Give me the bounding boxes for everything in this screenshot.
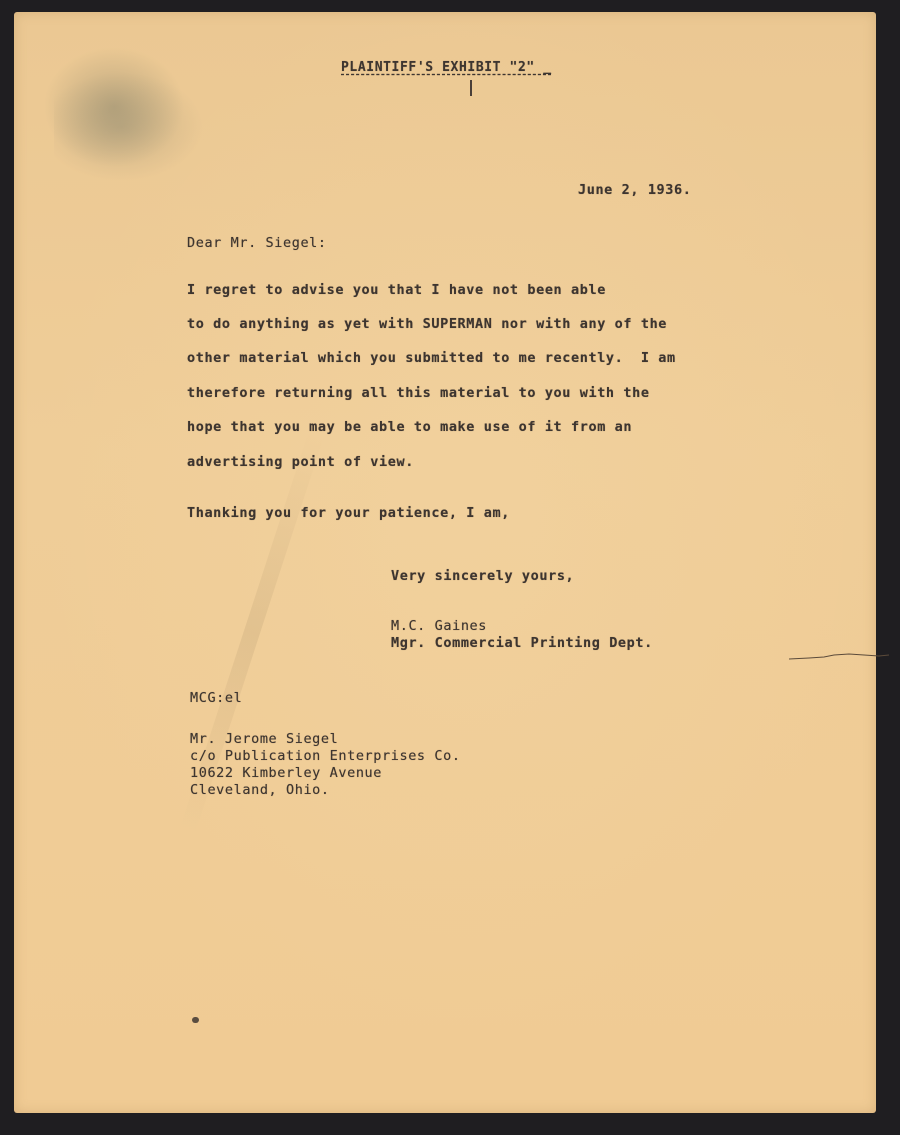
address-line: 10622 Kimberley Avenue (190, 765, 382, 782)
valediction: Very sincerely yours, (391, 568, 574, 584)
ink-spot (192, 1017, 199, 1023)
address-line: c/o Publication Enterprises Co. (190, 748, 461, 765)
header-mark (470, 80, 472, 96)
body-line: I regret to advise you that I have not b… (187, 282, 606, 298)
reference-initials: MCG:el (190, 690, 242, 706)
stain-smudge (54, 72, 204, 182)
body-line: to do anything as yet with SUPERMAN nor … (187, 316, 667, 332)
letter-paper (14, 12, 876, 1113)
exhibit-header: PLAINTIFF'S EXHIBIT "2" _ (341, 60, 552, 75)
paper-crease (789, 652, 889, 662)
salutation: Dear Mr. Siegel: (187, 235, 327, 251)
address-line: Cleveland, Ohio. (190, 782, 330, 799)
address-line: Mr. Jerome Siegel (190, 731, 338, 748)
body-line: other material which you submitted to me… (187, 350, 676, 366)
body-line: hope that you may be able to make use of… (187, 419, 632, 435)
body-line: advertising point of view. (187, 454, 414, 470)
body-line: therefore returning all this material to… (187, 385, 650, 401)
letter-date: June 2, 1936. (578, 182, 691, 198)
closing-line: Thanking you for your patience, I am, (187, 505, 510, 521)
signature-title: Mgr. Commercial Printing Dept. (391, 635, 653, 651)
signature-name: M.C. Gaines (391, 618, 487, 634)
